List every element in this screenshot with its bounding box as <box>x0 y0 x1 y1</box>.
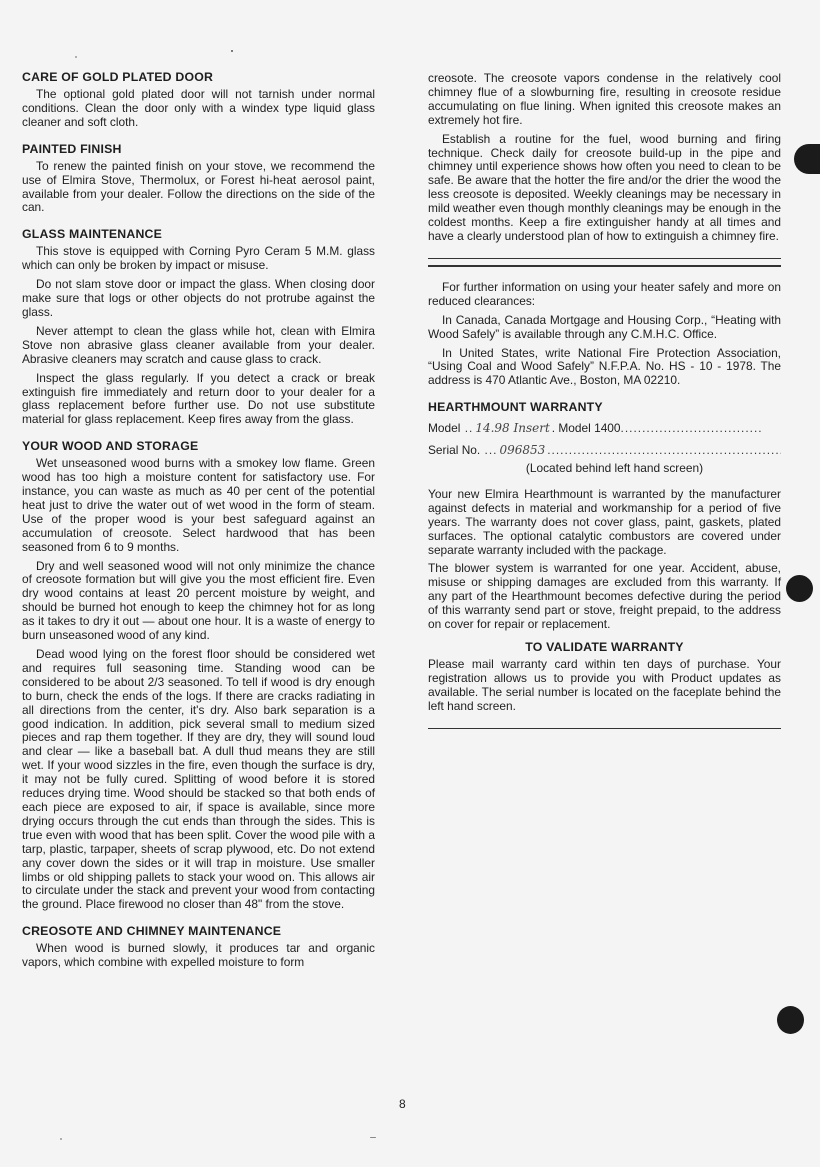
section-heading: CARE OF GOLD PLATED DOOR <box>22 70 375 84</box>
punch-hole-top <box>794 144 820 174</box>
paragraph: Never attempt to clean the glass while h… <box>22 325 375 367</box>
section-heading: PAINTED FINISH <box>22 142 375 156</box>
paragraph: The optional gold plated door will not t… <box>22 88 375 130</box>
serial-label: Serial No. <box>428 444 480 458</box>
bottom-rule-divider <box>428 728 781 730</box>
paragraph: creosote. The creosote vapors condense i… <box>428 72 781 128</box>
paragraph: Your new Elmira Hearthmount is warranted… <box>428 488 781 558</box>
right-column: creosote. The creosote vapors condense i… <box>428 72 781 729</box>
section-gold-door: CARE OF GOLD PLATED DOOR The optional go… <box>22 70 375 130</box>
paragraph: Do not slam stove door or impact the gla… <box>22 278 375 320</box>
section-heading: GLASS MAINTENANCE <box>22 227 375 241</box>
scan-speck <box>370 1137 376 1138</box>
section-heading: HEARTHMOUNT WARRANTY <box>428 400 781 414</box>
paragraph: In United States, write National Fire Pr… <box>428 347 781 389</box>
section-heading: CREOSOTE AND CHIMNEY MAINTENANCE <box>22 924 375 938</box>
paragraph: When wood is burned slowly, it produces … <box>22 942 375 970</box>
paragraph: Inspect the glass regularly. If you dete… <box>22 372 375 428</box>
paragraph: To renew the painted finish on your stov… <box>22 160 375 216</box>
model-handwritten-value: 14.98 Insert <box>473 422 551 436</box>
paragraph: Establish a routine for the fuel, wood b… <box>428 133 781 244</box>
paragraph: Please mail warranty card within ten day… <box>428 658 781 714</box>
section-heading: YOUR WOOD AND STORAGE <box>22 439 375 453</box>
punch-hole-bottom <box>777 1006 804 1034</box>
manual-page: CARE OF GOLD PLATED DOOR The optional go… <box>0 0 820 1167</box>
scan-speck <box>60 1138 62 1140</box>
page-number: 8 <box>399 1097 406 1111</box>
section-painted-finish: PAINTED FINISH To renew the painted fini… <box>22 142 375 216</box>
left-column: CARE OF GOLD PLATED DOOR The optional go… <box>22 70 375 982</box>
paragraph: Dead wood lying on the forest floor shou… <box>22 648 375 912</box>
punch-hole-middle <box>786 575 813 602</box>
section-creosote: CREOSOTE AND CHIMNEY MAINTENANCE When wo… <box>22 924 375 970</box>
section-warranty: HEARTHMOUNT WARRANTY Model .. 14.98 Inse… <box>428 400 781 729</box>
serial-field: Serial No. ... 096853 ..................… <box>428 444 781 458</box>
model-label: Model <box>428 422 460 436</box>
double-rule-divider <box>428 258 781 267</box>
model-printed: Model 1400 <box>558 422 620 436</box>
section-glass-maintenance: GLASS MAINTENANCE This stove is equipped… <box>22 227 375 427</box>
serial-handwritten-value: 096853 <box>497 444 547 458</box>
scan-speck <box>231 50 233 52</box>
paragraph: The blower system is warranted for one y… <box>428 562 781 632</box>
model-field: Model .. 14.98 Insert . Model 1400 .....… <box>428 422 781 436</box>
scan-speck <box>75 56 77 58</box>
paragraph: For further information on using your he… <box>428 281 781 309</box>
paragraph: In Canada, Canada Mortgage and Housing C… <box>428 314 781 342</box>
paragraph: This stove is equipped with Corning Pyro… <box>22 245 375 273</box>
section-creosote-continued: creosote. The creosote vapors condense i… <box>428 72 781 244</box>
paragraph: Wet unseasoned wood burns with a smokey … <box>22 457 375 554</box>
section-further-info: For further information on using your he… <box>428 281 781 388</box>
section-wood-storage: YOUR WOOD AND STORAGE Wet unseasoned woo… <box>22 439 375 912</box>
paragraph: Dry and well seasoned wood will not only… <box>22 560 375 643</box>
serial-location-note: (Located behind left hand screen) <box>428 462 781 476</box>
validate-warranty-heading: TO VALIDATE WARRANTY <box>428 640 781 654</box>
